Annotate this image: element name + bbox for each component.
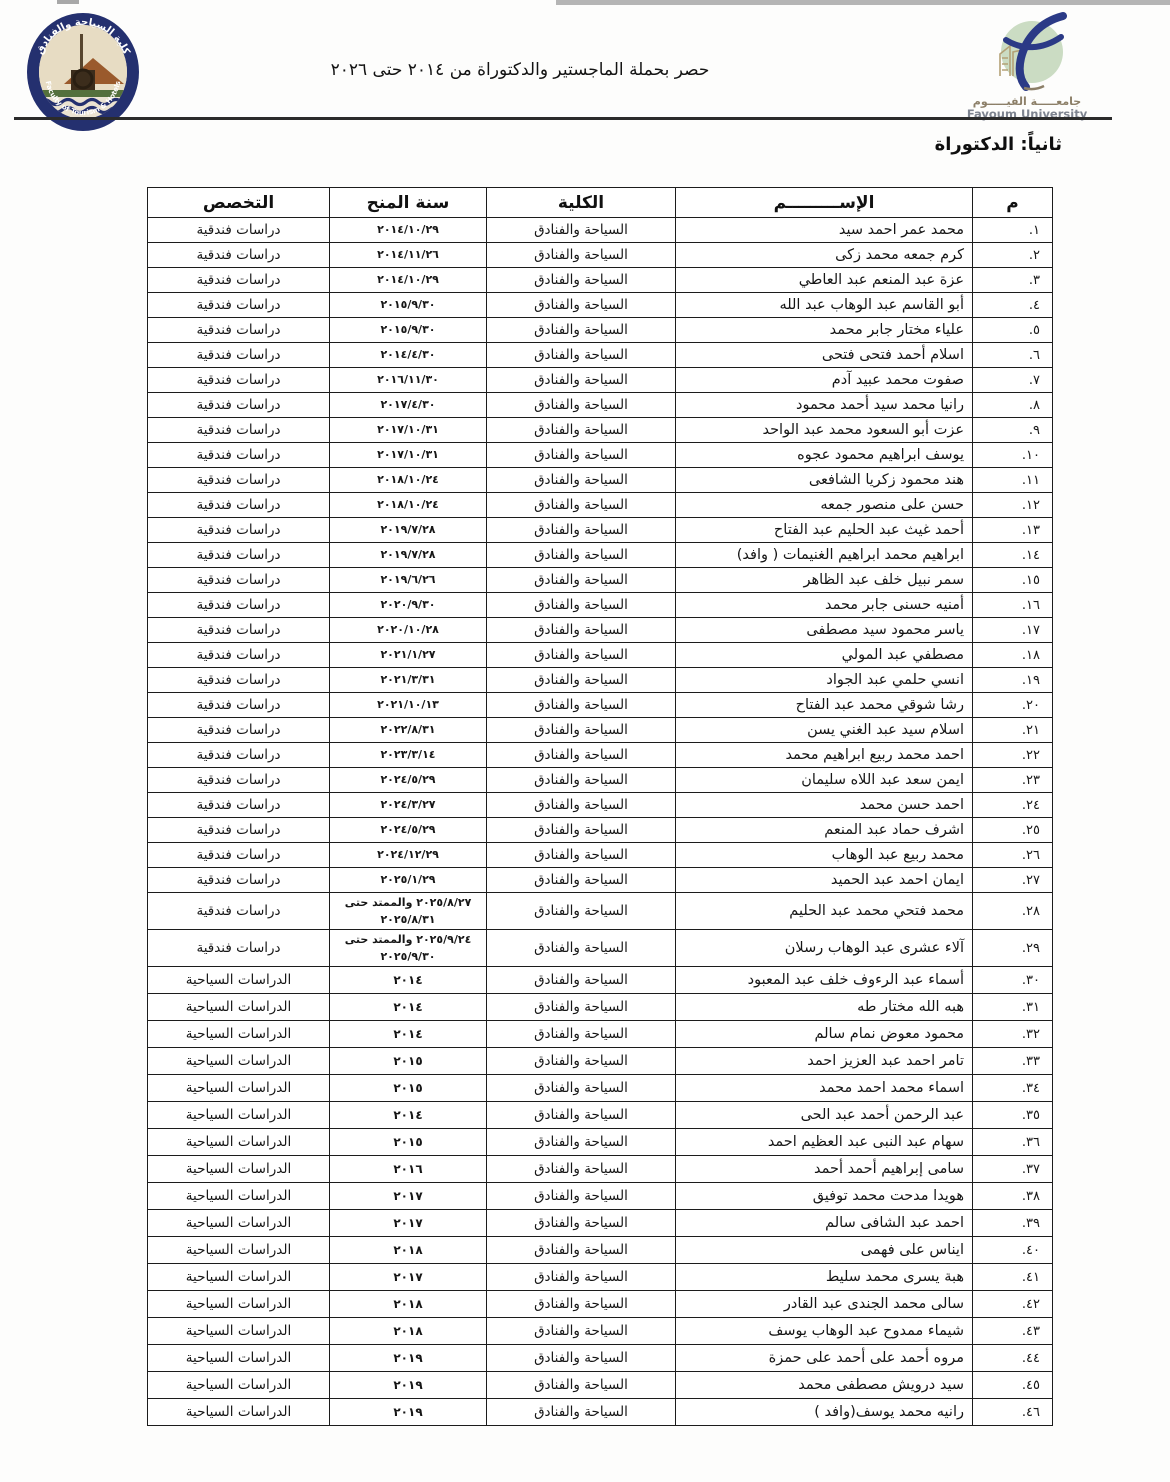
cell-grant-year: ٢٠١٧ <box>330 1264 487 1291</box>
cell-number: ٢٦. <box>973 843 1053 868</box>
table-header-row: م الإســـــــــم الكلية سنة المنح التخصص <box>148 188 1053 218</box>
table-row: ١٣. أحمد غيث عبد الحليم عبد الفتاح السيا… <box>148 518 1053 543</box>
cell-grant-year: ٢٠١٧/١٠/٣١ <box>330 418 487 443</box>
table-row: ٣١. هبه الله مختار طه السياحة والفنادق ٢… <box>148 994 1053 1021</box>
cell-name: محمد ربيع عبد الوهاب <box>676 843 973 868</box>
cell-name: شيماء ممدوح عبد الوهاب يوسف <box>676 1318 973 1345</box>
cell-specialty: الدراسات السياحية <box>148 1156 330 1183</box>
cell-number: ٣٠. <box>973 967 1053 994</box>
cell-specialty: الدراسات السياحية <box>148 1318 330 1345</box>
cell-number: ٤٠. <box>973 1237 1053 1264</box>
cell-grant-year: ٢٠٢٤/١٢/٢٩ <box>330 843 487 868</box>
cell-number: ٤٤. <box>973 1345 1053 1372</box>
cell-specialty: دراسات فندقية <box>148 893 330 930</box>
cell-name: اسلام أحمد فتحى فتحى <box>676 343 973 368</box>
cell-college: السياحة والفنادق <box>487 1318 676 1345</box>
cell-grant-year: ٢٠١٧/١٠/٣١ <box>330 443 487 468</box>
cell-name: سمر نبيل خلف عبد الظاهر <box>676 568 973 593</box>
cell-specialty: الدراسات السياحية <box>148 1264 330 1291</box>
cell-grant-year: ٢٠١٩ <box>330 1372 487 1399</box>
cell-name: هبة يسرى محمد سليط <box>676 1264 973 1291</box>
table-row: ٦. اسلام أحمد فتحى فتحى السياحة والفنادق… <box>148 343 1053 368</box>
cell-number: ٢١. <box>973 718 1053 743</box>
cell-college: السياحة والفنادق <box>487 1291 676 1318</box>
cell-specialty: دراسات فندقية <box>148 343 330 368</box>
cell-name: اسماء محمد احمد محمد <box>676 1075 973 1102</box>
table-row: ١٦. أمنيه حسنى جابر محمد السياحة والفناد… <box>148 593 1053 618</box>
cell-number: ٢٩. <box>973 930 1053 967</box>
cell-number: ١٤. <box>973 543 1053 568</box>
cell-college: السياحة والفنادق <box>487 343 676 368</box>
cell-grant-year: ٢٠١٨ <box>330 1318 487 1345</box>
cell-specialty: دراسات فندقية <box>148 818 330 843</box>
cell-grant-year: ٢٠١٤/١٠/٢٩ <box>330 218 487 243</box>
cell-name: هويدا مدحت محمد توفيق <box>676 1183 973 1210</box>
cell-college: السياحة والفنادق <box>487 643 676 668</box>
cell-name: اسلام سيد عبد الغني يسن <box>676 718 973 743</box>
table-row: ٢٢. احمد محمد ربيع ابراهيم محمد السياحة … <box>148 743 1053 768</box>
cell-college: السياحة والفنادق <box>487 293 676 318</box>
cell-name: محمد فتحي محمد عبد الحليم <box>676 893 973 930</box>
cell-college: السياحة والفنادق <box>487 1372 676 1399</box>
cell-specialty: دراسات فندقية <box>148 768 330 793</box>
table-row: ٤٠. ايناس على فهمى السياحة والفنادق ٢٠١٨… <box>148 1237 1053 1264</box>
cell-name: أبو القاسم عبد الوهاب عبد الله <box>676 293 973 318</box>
cell-name: ايمن سعد عبد اللاه سليمان <box>676 768 973 793</box>
cell-number: ١٦. <box>973 593 1053 618</box>
cell-grant-year: ٢٠١٥ <box>330 1075 487 1102</box>
table-row: ٤١. هبة يسرى محمد سليط السياحة والفنادق … <box>148 1264 1053 1291</box>
col-header-specialty: التخصص <box>148 188 330 218</box>
cell-number: ٣٧. <box>973 1156 1053 1183</box>
cell-grant-year: ٢٠٢٣/٣/١٤ <box>330 743 487 768</box>
cell-name: أحمد غيث عبد الحليم عبد الفتاح <box>676 518 973 543</box>
cell-number: ٤١. <box>973 1264 1053 1291</box>
cell-specialty: دراسات فندقية <box>148 930 330 967</box>
cell-specialty: الدراسات السياحية <box>148 1291 330 1318</box>
cell-college: السياحة والفنادق <box>487 1156 676 1183</box>
cell-grant-year: ٢٠١٦/١١/٣٠ <box>330 368 487 393</box>
cell-grant-year: ٢٠١٤/١٠/٢٩ <box>330 268 487 293</box>
cell-college: السياحة والفنادق <box>487 668 676 693</box>
table-row: ٧. صفوت محمد عبيد آدم السياحة والفنادق ٢… <box>148 368 1053 393</box>
cell-college: السياحة والفنادق <box>487 418 676 443</box>
table-row: ٣٢. محمود معوض نمام سالم السياحة والفناد… <box>148 1021 1053 1048</box>
cell-specialty: دراسات فندقية <box>148 718 330 743</box>
cell-specialty: دراسات فندقية <box>148 743 330 768</box>
table-row: ٢٧. ايمان احمد عبد الحميد السياحة والفنا… <box>148 868 1053 893</box>
cell-college: السياحة والفنادق <box>487 568 676 593</box>
cell-name: أمنيه حسنى جابر محمد <box>676 593 973 618</box>
cell-college: السياحة والفنادق <box>487 493 676 518</box>
cell-name: سامى إبراهيم أحمد أحمد <box>676 1156 973 1183</box>
cell-number: ٤٢. <box>973 1291 1053 1318</box>
table-row: ٤٥. سيد درويش مصطفى محمد السياحة والفناد… <box>148 1372 1053 1399</box>
cell-name: رشا شوقي محمد عبد الفتاح <box>676 693 973 718</box>
cell-college: السياحة والفنادق <box>487 518 676 543</box>
cell-name: رانيا محمد سيد أحمد محمود <box>676 393 973 418</box>
cell-number: ١٣. <box>973 518 1053 543</box>
cell-college: السياحة والفنادق <box>487 818 676 843</box>
cell-number: ١. <box>973 218 1053 243</box>
cell-name: سيد درويش مصطفى محمد <box>676 1372 973 1399</box>
cell-grant-year: ٢٠٢٤/٣/٢٧ <box>330 793 487 818</box>
cell-college: السياحة والفنادق <box>487 1210 676 1237</box>
cell-number: ٢٤. <box>973 793 1053 818</box>
cell-number: ٤٦. <box>973 1399 1053 1426</box>
cell-name: مصطفي عبد المولي <box>676 643 973 668</box>
cell-college: السياحة والفنادق <box>487 443 676 468</box>
table-row: ٣٦. سهام عبد النبى عبد العظيم احمد السيا… <box>148 1129 1053 1156</box>
cell-number: ٢٧. <box>973 868 1053 893</box>
cell-college: السياحة والفنادق <box>487 1345 676 1372</box>
cell-college: السياحة والفنادق <box>487 543 676 568</box>
cell-grant-year: ٢٠١٤ <box>330 1102 487 1129</box>
cell-grant-year: ٢٠١٨ <box>330 1237 487 1264</box>
cell-grant-year: ٢٠١٩/٧/٢٨ <box>330 518 487 543</box>
table-row: ٤٢. سالى محمد الجندى عبد القادر السياحة … <box>148 1291 1053 1318</box>
cell-grant-year: ٢٠١٤/١١/٢٦ <box>330 243 487 268</box>
table-row: ٣٥. عبد الرحمن أحمد عبد الحى السياحة وال… <box>148 1102 1053 1129</box>
table-row: ١٥. سمر نبيل خلف عبد الظاهر السياحة والف… <box>148 568 1053 593</box>
cell-name: حسن على منصور جمعه <box>676 493 973 518</box>
col-header-college: الكلية <box>487 188 676 218</box>
cell-number: ٣٦. <box>973 1129 1053 1156</box>
cell-grant-year: ٢٠١٨/١٠/٢٤ <box>330 493 487 518</box>
cell-specialty: دراسات فندقية <box>148 468 330 493</box>
cell-college: السياحة والفنادق <box>487 218 676 243</box>
cell-college: السياحة والفنادق <box>487 1129 676 1156</box>
cell-college: السياحة والفنادق <box>487 1237 676 1264</box>
cell-specialty: الدراسات السياحية <box>148 1183 330 1210</box>
cell-name: عزة عبد المنعم عبد العاطي <box>676 268 973 293</box>
document-page: كلية السياحة والفنادق Faculty of Tourism… <box>0 0 1170 1482</box>
cell-name: كرم جمعه محمد زكى <box>676 243 973 268</box>
cell-number: ٣٩. <box>973 1210 1053 1237</box>
cell-specialty: دراسات فندقية <box>148 243 330 268</box>
scan-artifact-top <box>556 0 1170 5</box>
cell-number: ٢٥. <box>973 818 1053 843</box>
table-row: ٢٣. ايمن سعد عبد اللاه سليمان السياحة وا… <box>148 768 1053 793</box>
table-row: ١٧. ياسر محمود سيد مصطفى السياحة والفناد… <box>148 618 1053 643</box>
cell-grant-year: ٢٠٢١/١/٢٧ <box>330 643 487 668</box>
cell-specialty: الدراسات السياحية <box>148 1102 330 1129</box>
faculty-stamp-logo: كلية السياحة والفنادق Faculty of Tourism… <box>26 12 140 132</box>
cell-grant-year: ٢٠٢١/٣/٣١ <box>330 668 487 693</box>
cell-grant-year: ٢٠٢٤/٥/٢٩ <box>330 818 487 843</box>
cell-grant-year: ٢٠١٩ <box>330 1345 487 1372</box>
cell-number: ٢٢. <box>973 743 1053 768</box>
cell-grant-year: ٢٠١٤/٤/٣٠ <box>330 343 487 368</box>
cell-number: ٤. <box>973 293 1053 318</box>
cell-college: السياحة والفنادق <box>487 718 676 743</box>
cell-name: انسي حلمي عبد الجواد <box>676 668 973 693</box>
cell-number: ٩. <box>973 418 1053 443</box>
cell-number: ١٧. <box>973 618 1053 643</box>
cell-name: سهام عبد النبى عبد العظيم احمد <box>676 1129 973 1156</box>
fayoum-university-icon <box>966 10 1088 94</box>
col-header-name: الإســـــــــم <box>676 188 973 218</box>
cell-specialty: دراسات فندقية <box>148 368 330 393</box>
scan-artifact-notch <box>57 0 79 4</box>
cell-specialty: دراسات فندقية <box>148 843 330 868</box>
cell-grant-year: ٢٠١٥ <box>330 1048 487 1075</box>
cell-number: ٤٥. <box>973 1372 1053 1399</box>
cell-specialty: الدراسات السياحية <box>148 967 330 994</box>
cell-college: السياحة والفنادق <box>487 930 676 967</box>
doctorate-table: م الإســـــــــم الكلية سنة المنح التخصص… <box>147 187 1053 1426</box>
cell-college: السياحة والفنادق <box>487 793 676 818</box>
table-row: ٣٣. تامر احمد عبد العزيز احمد السياحة وا… <box>148 1048 1053 1075</box>
cell-specialty: الدراسات السياحية <box>148 1345 330 1372</box>
cell-name: اشرف حماد عبد المنعم <box>676 818 973 843</box>
table-row: ٤. أبو القاسم عبد الوهاب عبد الله السياح… <box>148 293 1053 318</box>
cell-name: يوسف ابراهيم محمود عجوه <box>676 443 973 468</box>
table-row: ٣٤. اسماء محمد احمد محمد السياحة والفناد… <box>148 1075 1053 1102</box>
cell-name: محمد عمر احمد سيد <box>676 218 973 243</box>
cell-specialty: دراسات فندقية <box>148 668 330 693</box>
cell-name: علياء مختار جابر محمد <box>676 318 973 343</box>
document-title: حصر بحملة الماجستير والدكتوراة من ٢٠١٤ ح… <box>250 60 790 80</box>
cell-grant-year: ٢٠١٩/٦/٢٦ <box>330 568 487 593</box>
cell-specialty: الدراسات السياحية <box>148 1021 330 1048</box>
fayoum-university-logo: جامعـــــة الفيـــــوم Fayoum University <box>962 10 1092 132</box>
cell-name: ياسر محمود سيد مصطفى <box>676 618 973 643</box>
cell-number: ١٨. <box>973 643 1053 668</box>
cell-number: ٢٠. <box>973 693 1053 718</box>
table-row: ٣٩. احمد عبد الشافى سالم السياحة والفناد… <box>148 1210 1053 1237</box>
cell-specialty: دراسات فندقية <box>148 793 330 818</box>
cell-grant-year: ٢٠٢٥/٩/٢٤ والممتد حتى ٢٠٢٥/٩/٣٠ <box>330 930 487 967</box>
cell-number: ٦. <box>973 343 1053 368</box>
cell-specialty: دراسات فندقية <box>148 518 330 543</box>
cell-specialty: دراسات فندقية <box>148 568 330 593</box>
cell-college: السياحة والفنادق <box>487 368 676 393</box>
cell-college: السياحة والفنادق <box>487 843 676 868</box>
table-row: ٢٨. محمد فتحي محمد عبد الحليم السياحة وا… <box>148 893 1053 930</box>
table-row: ٢٥. اشرف حماد عبد المنعم السياحة والفناد… <box>148 818 1053 843</box>
table-row: ١١. هند محمود زكريا الشافعى السياحة والف… <box>148 468 1053 493</box>
cell-grant-year: ٢٠١٨ <box>330 1291 487 1318</box>
table-row: ٢. كرم جمعه محمد زكى السياحة والفنادق ٢٠… <box>148 243 1053 268</box>
cell-number: ٣٣. <box>973 1048 1053 1075</box>
cell-grant-year: ٢٠١٦ <box>330 1156 487 1183</box>
cell-specialty: الدراسات السياحية <box>148 1372 330 1399</box>
cell-grant-year: ٢٠١٤ <box>330 1021 487 1048</box>
cell-specialty: الدراسات السياحية <box>148 1237 330 1264</box>
doctorate-table-body: ١. محمد عمر احمد سيد السياحة والفنادق ٢٠… <box>148 218 1053 1426</box>
cell-number: ١٢. <box>973 493 1053 518</box>
table-row: ٤٤. مروه أحمد على أحمد على حمزة السياحة … <box>148 1345 1053 1372</box>
cell-name: تامر احمد عبد العزيز احمد <box>676 1048 973 1075</box>
cell-grant-year: ٢٠٢٥/١/٢٩ <box>330 868 487 893</box>
cell-grant-year: ٢٠٢٠/٩/٣٠ <box>330 593 487 618</box>
cell-number: ١٥. <box>973 568 1053 593</box>
cell-specialty: دراسات فندقية <box>148 618 330 643</box>
cell-number: ١٩. <box>973 668 1053 693</box>
cell-college: السياحة والفنادق <box>487 743 676 768</box>
cell-number: ٣٤. <box>973 1075 1053 1102</box>
cell-grant-year: ٢٠١٥/٩/٣٠ <box>330 293 487 318</box>
cell-name: صفوت محمد عبيد آدم <box>676 368 973 393</box>
cell-number: ٣٨. <box>973 1183 1053 1210</box>
cell-college: السياحة والفنادق <box>487 318 676 343</box>
cell-college: السياحة والفنادق <box>487 967 676 994</box>
cell-grant-year: ٢٠١٨/١٠/٢٤ <box>330 468 487 493</box>
cell-specialty: دراسات فندقية <box>148 493 330 518</box>
table-row: ٩. عزت أبو السعود محمد عبد الواحد السياح… <box>148 418 1053 443</box>
table-row: ٢٠. رشا شوقي محمد عبد الفتاح السياحة وال… <box>148 693 1053 718</box>
cell-college: السياحة والفنادق <box>487 593 676 618</box>
cell-grant-year: ٢٠١٩ <box>330 1399 487 1426</box>
faculty-stamp-icon: كلية السياحة والفنادق Faculty of Tourism… <box>26 12 140 132</box>
cell-name: عبد الرحمن أحمد عبد الحى <box>676 1102 973 1129</box>
table-row: ٣٨. هويدا مدحت محمد توفيق السياحة والفنا… <box>148 1183 1053 1210</box>
cell-college: السياحة والفنادق <box>487 1183 676 1210</box>
cell-name: احمد عبد الشافى سالم <box>676 1210 973 1237</box>
cell-grant-year: ٢٠١٥ <box>330 1129 487 1156</box>
table-row: ٤٦. رانيه محمد يوسف(وافد ) السياحة والفن… <box>148 1399 1053 1426</box>
cell-number: ٢٨. <box>973 893 1053 930</box>
cell-specialty: الدراسات السياحية <box>148 1210 330 1237</box>
cell-name: عزت أبو السعود محمد عبد الواحد <box>676 418 973 443</box>
cell-college: السياحة والفنادق <box>487 1075 676 1102</box>
cell-number: ٣٢. <box>973 1021 1053 1048</box>
table-row: ٣. عزة عبد المنعم عبد العاطي السياحة وال… <box>148 268 1053 293</box>
cell-college: السياحة والفنادق <box>487 994 676 1021</box>
cell-number: ٥. <box>973 318 1053 343</box>
cell-name: محمود معوض نمام سالم <box>676 1021 973 1048</box>
table-row: ٢٩. آلاء عشرى عبد الوهاب رسلان السياحة و… <box>148 930 1053 967</box>
cell-number: ٢٣. <box>973 768 1053 793</box>
cell-grant-year: ٢٠١٤ <box>330 994 487 1021</box>
cell-college: السياحة والفنادق <box>487 1021 676 1048</box>
cell-college: السياحة والفنادق <box>487 768 676 793</box>
cell-specialty: دراسات فندقية <box>148 868 330 893</box>
cell-grant-year: ٢٠١٧ <box>330 1210 487 1237</box>
cell-number: ٣١. <box>973 994 1053 1021</box>
cell-grant-year: ٢٠٢٥/٨/٢٧ والممتد حتى ٢٠٢٥/٨/٣١ <box>330 893 487 930</box>
table-row: ٢٤. احمد حسن محمد السياحة والفنادق ٢٠٢٤/… <box>148 793 1053 818</box>
cell-name: رانيه محمد يوسف(وافد ) <box>676 1399 973 1426</box>
cell-grant-year: ٢٠١٧ <box>330 1183 487 1210</box>
table-row: ١٩. انسي حلمي عبد الجواد السياحة والفناد… <box>148 668 1053 693</box>
cell-college: السياحة والفنادق <box>487 468 676 493</box>
cell-number: ٤٣. <box>973 1318 1053 1345</box>
section-title: ثانياً: الدكتوراة <box>935 134 1062 155</box>
cell-number: ١١. <box>973 468 1053 493</box>
table-row: ١. محمد عمر احمد سيد السياحة والفنادق ٢٠… <box>148 218 1053 243</box>
cell-specialty: دراسات فندقية <box>148 643 330 668</box>
cell-number: ٧. <box>973 368 1053 393</box>
cell-college: السياحة والفنادق <box>487 393 676 418</box>
table-row: ٨. رانيا محمد سيد أحمد محمود السياحة وال… <box>148 393 1053 418</box>
cell-specialty: دراسات فندقية <box>148 443 330 468</box>
table-row: ٤٣. شيماء ممدوح عبد الوهاب يوسف السياحة … <box>148 1318 1053 1345</box>
cell-name: هبه الله مختار طه <box>676 994 973 1021</box>
table-row: ٣٠. أسماء عبد الرءوف خلف عبد المعبود الس… <box>148 967 1053 994</box>
col-header-grant-year: سنة المنح <box>330 188 487 218</box>
header-divider <box>14 117 1112 120</box>
cell-specialty: دراسات فندقية <box>148 593 330 618</box>
cell-college: السياحة والفنادق <box>487 268 676 293</box>
cell-grant-year: ٢٠٢٠/١٠/٢٨ <box>330 618 487 643</box>
cell-grant-year: ٢٠٢٢/٨/٣١ <box>330 718 487 743</box>
cell-name: احمد حسن محمد <box>676 793 973 818</box>
cell-college: السياحة والفنادق <box>487 1048 676 1075</box>
cell-number: ٣٥. <box>973 1102 1053 1129</box>
cell-college: السياحة والفنادق <box>487 868 676 893</box>
cell-grant-year: ٢٠١٧/٤/٣٠ <box>330 393 487 418</box>
table-row: ١٤. ابراهيم محمد ابراهيم الغنيمات ( وافد… <box>148 543 1053 568</box>
cell-specialty: دراسات فندقية <box>148 318 330 343</box>
cell-specialty: دراسات فندقية <box>148 293 330 318</box>
cell-name: أسماء عبد الرءوف خلف عبد المعبود <box>676 967 973 994</box>
cell-name: سالى محمد الجندى عبد القادر <box>676 1291 973 1318</box>
table-row: ٥. علياء مختار جابر محمد السياحة والفناد… <box>148 318 1053 343</box>
cell-college: السياحة والفنادق <box>487 1264 676 1291</box>
cell-specialty: دراسات فندقية <box>148 268 330 293</box>
table-row: ٢٦. محمد ربيع عبد الوهاب السياحة والفناد… <box>148 843 1053 868</box>
cell-specialty: الدراسات السياحية <box>148 1075 330 1102</box>
cell-college: السياحة والفنادق <box>487 893 676 930</box>
cell-name: ايناس على فهمى <box>676 1237 973 1264</box>
cell-number: ٨. <box>973 393 1053 418</box>
cell-number: ٣. <box>973 268 1053 293</box>
col-header-number: م <box>973 188 1053 218</box>
table-row: ١٠. يوسف ابراهيم محمود عجوه السياحة والف… <box>148 443 1053 468</box>
cell-grant-year: ٢٠١٩/٧/٢٨ <box>330 543 487 568</box>
cell-grant-year: ٢٠٢١/١٠/١٣ <box>330 693 487 718</box>
cell-specialty: الدراسات السياحية <box>148 1048 330 1075</box>
cell-name: ايمان احمد عبد الحميد <box>676 868 973 893</box>
cell-specialty: دراسات فندقية <box>148 693 330 718</box>
cell-name: مروه أحمد على أحمد على حمزة <box>676 1345 973 1372</box>
cell-specialty: دراسات فندقية <box>148 393 330 418</box>
cell-name: هند محمود زكريا الشافعى <box>676 468 973 493</box>
cell-grant-year: ٢٠٢٤/٥/٢٩ <box>330 768 487 793</box>
table-row: ٣٧. سامى إبراهيم أحمد أحمد السياحة والفن… <box>148 1156 1053 1183</box>
cell-specialty: دراسات فندقية <box>148 543 330 568</box>
cell-name: احمد محمد ربيع ابراهيم محمد <box>676 743 973 768</box>
cell-grant-year: ٢٠١٤ <box>330 967 487 994</box>
table-row: ١٢. حسن على منصور جمعه السياحة والفنادق … <box>148 493 1053 518</box>
cell-grant-year: ٢٠١٥/٩/٣٠ <box>330 318 487 343</box>
cell-specialty: دراسات فندقية <box>148 218 330 243</box>
cell-specialty: الدراسات السياحية <box>148 1399 330 1426</box>
cell-college: السياحة والفنادق <box>487 1102 676 1129</box>
cell-college: السياحة والفنادق <box>487 1399 676 1426</box>
university-name-arabic: جامعـــــة الفيـــــوم <box>962 96 1092 108</box>
cell-specialty: دراسات فندقية <box>148 418 330 443</box>
cell-name: ابراهيم محمد ابراهيم الغنيمات ( وافد) <box>676 543 973 568</box>
cell-specialty: الدراسات السياحية <box>148 1129 330 1156</box>
cell-college: السياحة والفنادق <box>487 618 676 643</box>
table-row: ٢١. اسلام سيد عبد الغني يسن السياحة والف… <box>148 718 1053 743</box>
cell-specialty: الدراسات السياحية <box>148 994 330 1021</box>
cell-number: ١٠. <box>973 443 1053 468</box>
cell-college: السياحة والفنادق <box>487 693 676 718</box>
table-row: ١٨. مصطفي عبد المولي السياحة والفنادق ٢٠… <box>148 643 1053 668</box>
cell-name: آلاء عشرى عبد الوهاب رسلان <box>676 930 973 967</box>
cell-college: السياحة والفنادق <box>487 243 676 268</box>
cell-number: ٢. <box>973 243 1053 268</box>
